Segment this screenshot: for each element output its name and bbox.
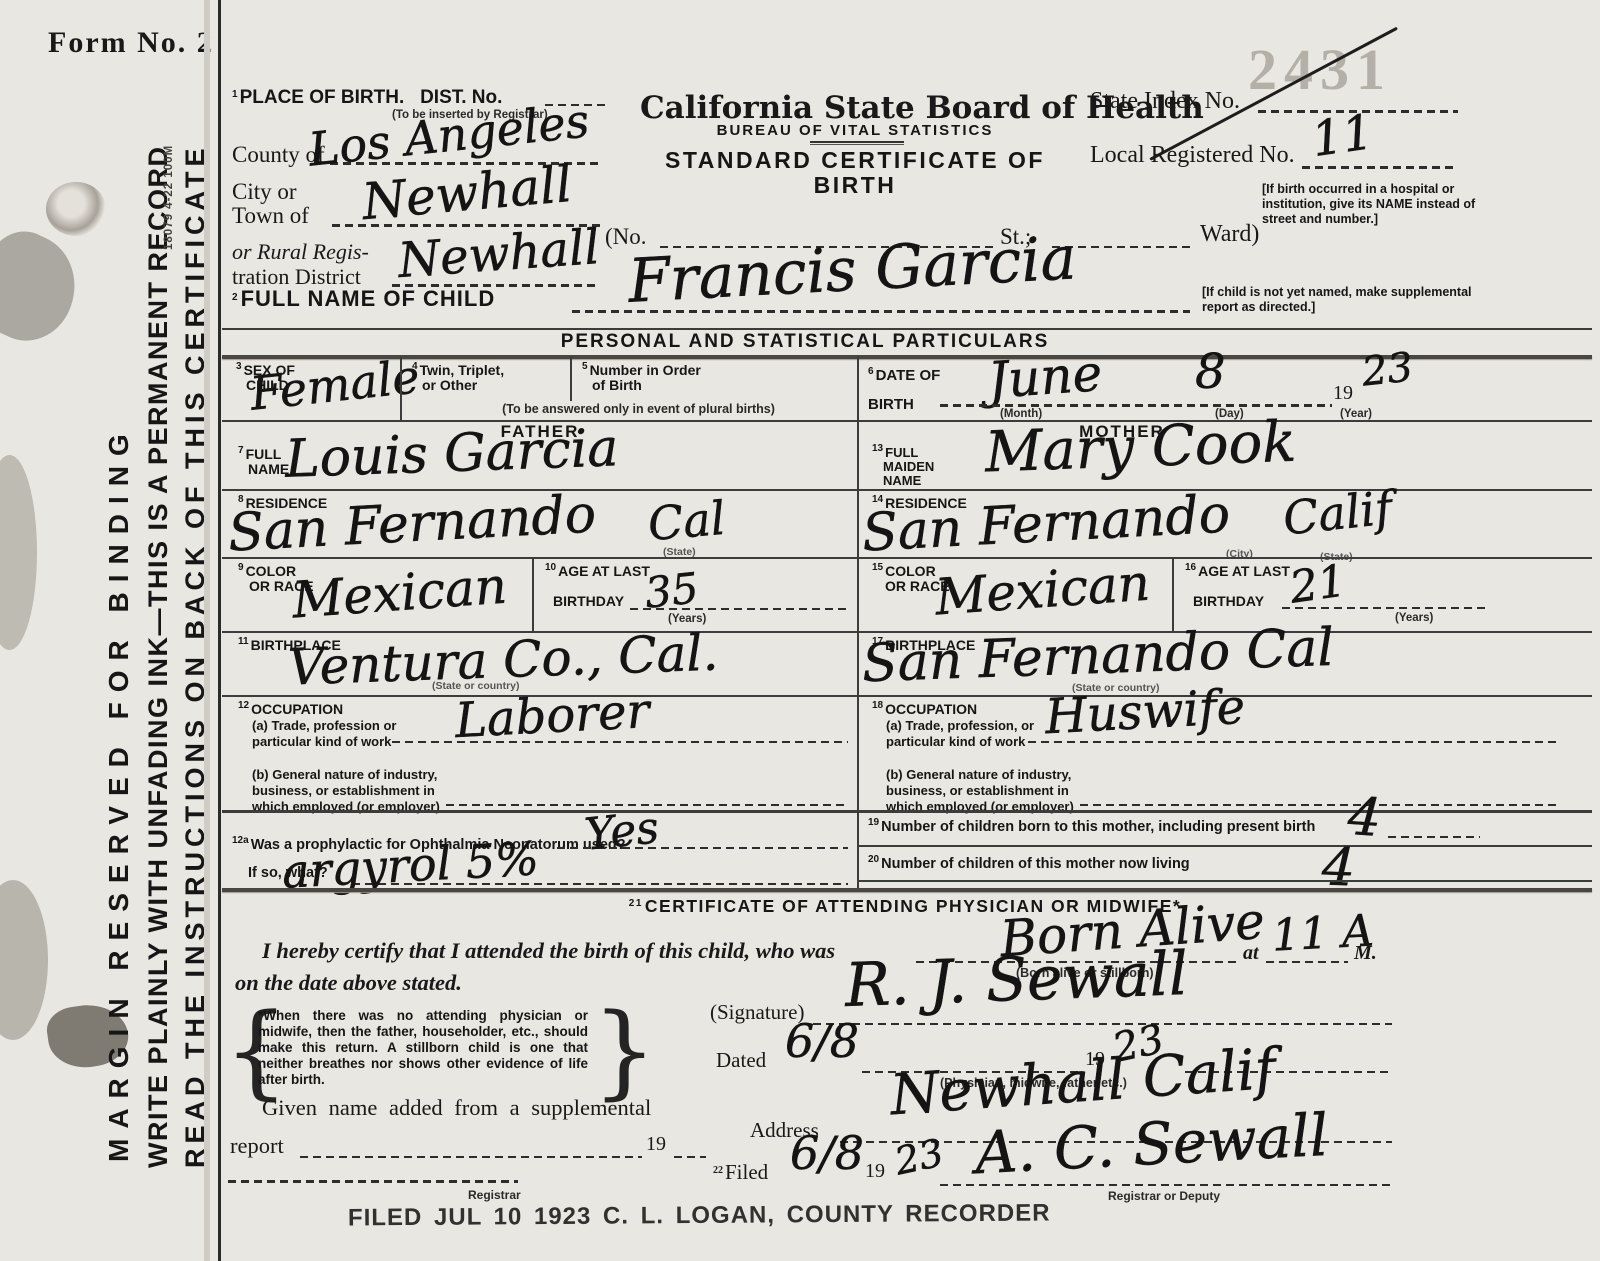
rule — [570, 357, 572, 401]
at-label: at — [1243, 942, 1259, 965]
rule — [857, 880, 1592, 882]
ward-label: Ward) — [1200, 221, 1259, 248]
dated-label: Dated — [716, 1048, 766, 1073]
rural-value: Newhall — [397, 223, 602, 285]
rule — [857, 845, 1592, 847]
prophylactic-answer: Yes — [583, 806, 661, 857]
father-age-label2: BIRTHDAY — [553, 594, 624, 609]
rule — [400, 357, 402, 420]
filed-year-prefix: 19 — [865, 1160, 885, 1183]
city-value: Newhall — [360, 159, 574, 227]
mother-occupation-b: (b) General nature of industry,business,… — [886, 767, 1074, 815]
child-note: [If child is not yet named, make supplem… — [1202, 285, 1474, 315]
certificate-title: STANDARD CERTIFICATE OF BIRTH — [630, 148, 1080, 198]
mother-residence-state: Calif — [1281, 484, 1394, 541]
dob-month-value: June — [986, 348, 1103, 406]
father-occupation-value: Laborer — [454, 687, 651, 745]
state-index-label: State Index No. — [1090, 88, 1240, 115]
meridiem-label: M. — [1354, 942, 1377, 965]
prophylactic-what-value: argyrol 5% — [281, 835, 540, 894]
filed-signature-value: A. C. Sewall — [974, 1106, 1330, 1182]
father-age-line — [630, 608, 848, 610]
children-living-value: 4 — [1321, 841, 1356, 894]
father-residence-state: Cal — [646, 495, 727, 548]
rule — [222, 695, 1592, 697]
mother-age-line — [1282, 607, 1490, 609]
child-name-value: Francis Garcia — [627, 228, 1078, 311]
local-registered-line — [1302, 166, 1458, 169]
father-occupation-label: 12OCCUPATION — [238, 701, 343, 717]
signature-line — [800, 1023, 1392, 1025]
report-year-prefix: 19 — [646, 1133, 666, 1156]
father-birthplace-value: Ventura Co., Cal. — [287, 628, 719, 693]
physician-section-title: 21CERTIFICATE OF ATTENDING PHYSICIAN OR … — [222, 897, 1588, 916]
birth-certificate-scan: Form No. 2 MARGIN RESERVED FOR BINDING W… — [0, 0, 1600, 1261]
dob-line — [940, 404, 1332, 407]
certify-text: I hereby certify that I attended the bir… — [262, 938, 835, 964]
rule — [222, 328, 1592, 330]
mother-birthplace-value: San Fernando Cal — [861, 622, 1335, 690]
ink-smudge — [0, 880, 48, 1040]
father-race-value: Mexican — [291, 561, 509, 626]
mother-occupation-label: 18OCCUPATION — [872, 701, 977, 717]
registrar-line — [228, 1180, 518, 1183]
mother-age-label2: BIRTHDAY — [1193, 594, 1264, 609]
mother-name-value: Mary Cook — [984, 415, 1297, 482]
local-registered-value: 11 — [1309, 108, 1376, 164]
child-name-label: 2FULL NAME OF CHILD — [232, 287, 495, 311]
filed-value: 6/8 — [790, 1130, 864, 1176]
local-registered-label: Local Registered No. — [1090, 142, 1295, 169]
registrar-caption: Registrar — [468, 1188, 521, 1202]
bureau-underline — [810, 144, 904, 145]
report-line — [300, 1156, 642, 1158]
rule — [532, 558, 534, 631]
father-age-label: 10AGE AT LAST — [545, 563, 650, 579]
twin-label: 4Twin, Triplet, or Other — [412, 362, 504, 393]
rule — [222, 810, 1592, 813]
dob-day-value: 8 — [1195, 348, 1226, 396]
dob-year-value: 23 — [1360, 347, 1415, 392]
rural-district-label: or Rural Regis-tration District — [232, 240, 369, 289]
ink-smudge — [0, 220, 93, 355]
brace-right: } — [592, 1006, 657, 1098]
mother-age-value: 21 — [1287, 559, 1349, 610]
filed-label: 22Filed — [713, 1160, 768, 1185]
recorder-filed-stamp: FILED JUL 10 1923 C. L. LOGAN, COUNTY RE… — [348, 1201, 1051, 1232]
dob-label: 6DATE OF BIRTH — [868, 362, 940, 419]
margin-note-binding: MARGIN RESERVED FOR BINDING — [104, 424, 134, 1162]
form-number: Form No. 2 — [48, 26, 214, 60]
order-label: 5Number in Order of Birth — [582, 362, 701, 393]
filed-year-value: 23 — [892, 1133, 947, 1180]
print-code: 18079 4-22 100M — [163, 145, 175, 250]
bureau-subtitle: BUREAU OF VITAL STATISTICS — [640, 123, 1070, 139]
children-born-label: 19Number of children born to this mother… — [868, 818, 1315, 836]
father-name-label: 7FULL NAME — [238, 446, 289, 477]
father-occupation-b: (b) General nature of industry,business,… — [252, 767, 440, 815]
signature-value: R. J. Sewall — [844, 944, 1189, 1016]
mother-occupation-a: (a) Trade, profession, orparticular kind… — [886, 718, 1034, 751]
father-name-value: Louis Garcia — [284, 422, 619, 486]
children-born-line — [1388, 836, 1480, 838]
physician-footnote: *When there was no attending physician o… — [258, 1008, 588, 1088]
ink-smudge — [0, 455, 37, 650]
dob-year-caption: (Year) — [1340, 408, 1372, 420]
report-label: report — [230, 1133, 284, 1159]
dob-year-prefix: 19 — [1333, 382, 1353, 405]
rule — [1172, 558, 1174, 631]
father-occupation-a: (a) Trade, profession orparticular kind … — [252, 718, 396, 751]
registrar-deputy-caption: Registrar or Deputy — [1108, 1189, 1220, 1203]
hospital-note: [If birth occurred in a hospital or inst… — [1262, 182, 1480, 226]
bureau-underline — [810, 141, 904, 143]
mother-occupation-value: Huswife — [1044, 683, 1246, 741]
margin-note-ink: WRITE PLAINLY WITH UNFADING INK—THIS IS … — [144, 145, 173, 1168]
mother-occ-b-line — [1080, 804, 1560, 806]
children-born-value: 4 — [1346, 791, 1383, 845]
report-year-line — [674, 1156, 706, 1158]
board-title: California State Board of Health — [640, 90, 1070, 126]
dated-value: 6/8 — [785, 1018, 859, 1064]
page-edge — [204, 0, 210, 1261]
mother-age-label: 16AGE AT LAST — [1185, 563, 1290, 579]
mother-race-value: Mexican — [934, 558, 1152, 623]
hole-spot — [46, 182, 106, 236]
mother-years-caption: (Years) — [1395, 612, 1433, 624]
rule — [222, 557, 1592, 559]
children-living-label: 20Number of children of this mother now … — [868, 855, 1190, 873]
city-label: City orTown of — [232, 180, 309, 228]
form-border — [218, 0, 221, 1261]
plural-note: (To be answered only in event of plural … — [420, 402, 857, 416]
supplemental-text: Given name added from a supplemental — [262, 1095, 651, 1121]
rule — [222, 420, 1592, 422]
rule — [222, 888, 1592, 892]
mother-name-label: 13FULL MAIDEN NAME — [872, 444, 934, 488]
